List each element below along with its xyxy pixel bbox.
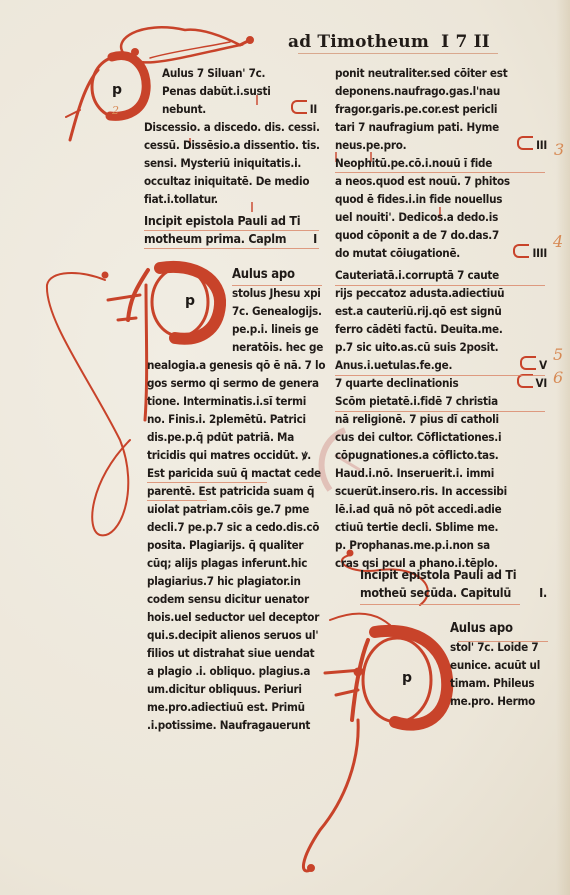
- text-line: ferro cādēti factū. Deuita.me.: [335, 320, 547, 338]
- ruling-line: [147, 500, 207, 501]
- chapter-number: IIII: [513, 244, 547, 262]
- text-line: Aulus apo: [450, 620, 550, 638]
- right-column-block1: ponit neutraliter.sed cōiter est deponen…: [335, 64, 547, 262]
- margin-note: 2: [112, 104, 119, 117]
- text-line: 7 quarte declinationis VI: [335, 374, 547, 392]
- text-line: fragor.garis.pe.cor.est pericli: [335, 100, 547, 118]
- incipit-line: motheū secūda. Capitulū I.: [360, 584, 547, 602]
- chapter-number: I: [313, 230, 317, 248]
- text-line: ponit neutraliter.sed cōiter est: [335, 64, 547, 82]
- text-line: sensi. Mysteriū iniquitatis.i.: [144, 154, 317, 172]
- text-line: parentē. Est patricida suam q̄: [147, 482, 319, 500]
- text-line: eunice. acuūt ul: [450, 656, 550, 674]
- text-line: Scōm pietatē.i.fidē 7 christia: [335, 392, 547, 410]
- rubric-mark-icon: [291, 100, 307, 114]
- ruling-line: [360, 604, 520, 605]
- text-line: quod cōponit a de 7 do.das.7: [335, 226, 547, 244]
- margin-note: 4: [553, 232, 563, 251]
- text-line: me.pro. Hermo: [450, 692, 550, 710]
- text-line: .i.potissime. Naufragauerunt: [147, 716, 319, 734]
- text-line: cessū. Dissēsio.a dissentio. tis.: [144, 136, 317, 154]
- rubric-mark-icon: [517, 136, 533, 150]
- margin-note: 5: [553, 345, 563, 364]
- text-line: rijs peccatoz adusta.adiectiuū: [335, 284, 547, 302]
- text-line: cūq; alijs plagas inferunt.hic: [147, 554, 319, 572]
- text-line: tricidis qui matres occidūt. ꝟ.: [147, 446, 319, 464]
- left-column-block2: nealogia.a genesis qō ē nā. 7 lo gos ser…: [147, 356, 319, 734]
- right-column-block3-beside-initial: Aulus apo stol' 7c. Loide 7 eunice. acuū…: [450, 620, 550, 710]
- ruling-line: [232, 285, 322, 286]
- text-line: a plagio .i. obliquo. plagius.a: [147, 662, 319, 680]
- text-line: dis.pe.p.q̄ pdūt patriā. Ma: [147, 428, 319, 446]
- text-line: plagiarius.7 hic plagiator.in: [147, 572, 319, 590]
- text-line: uel nouiti'. Dedicos.a dedo.is: [335, 208, 547, 226]
- margin-note: 6: [553, 368, 563, 387]
- text-line: neratōis. hec ge: [232, 338, 320, 356]
- text-line: 7c. Genealogijs.: [232, 302, 320, 320]
- text-line: Haud.i.nō. Inseruerit.i. immi: [335, 464, 547, 482]
- text-line: timam. Phileus: [450, 674, 550, 692]
- ruling-line: [458, 641, 548, 642]
- text-line: Neophitū.pe.cō.i.nouū ī fide: [335, 154, 547, 172]
- text-line: uiolat patriam.cōis ge.7 pme: [147, 500, 319, 518]
- incipit-line: Incipit epistola Pauli ad Ti: [360, 566, 547, 584]
- incipit-line: motheum prima. Caplm I: [144, 230, 317, 248]
- text-line: est.a cauteriū.rij.qō est signū: [335, 302, 547, 320]
- text-line: stolus Jhesu xpi: [232, 284, 320, 302]
- text-line: codem sensu dicitur uenator: [147, 590, 319, 608]
- text-line: scuerūt.insero.ris. In accessibi: [335, 482, 547, 500]
- text-line: Discessio. a discedo. dis. cessi.: [144, 118, 317, 136]
- text-line: Est paricida suū q̄ mactat cede: [147, 464, 319, 482]
- text-line: nealogia.a genesis qō ē nā. 7 lo: [147, 356, 319, 374]
- ruling-line: [335, 172, 545, 173]
- text-line: neus.pe.pro. III: [335, 136, 547, 154]
- text-line: cus dei cultor. Cōflictationes.i: [335, 428, 547, 446]
- ruling-line: [144, 248, 319, 249]
- text-line: Cauteriatā.i.corruptā 7 caute: [335, 266, 547, 284]
- left-column-block1: Discessio. a discedo. dis. cessi. cessū.…: [144, 118, 317, 208]
- text-line: occultaz iniquitatē. De medio: [144, 172, 317, 190]
- text-line: cōpugnationes.a cōflicto.tas.: [335, 446, 547, 464]
- text-line: Anus.i.uetulas.fe.ge. V: [335, 356, 547, 374]
- text-line: quod ē fides.i.in fide nouellus: [335, 190, 547, 208]
- chapter-number: V: [520, 356, 547, 374]
- text-line: qui.s.decipit alienos seruos ul': [147, 626, 319, 644]
- text-line: hois.uel seductor uel deceptor: [147, 608, 319, 626]
- text-line: me.pro.adiectiuū est. Primū: [147, 698, 319, 716]
- guide-letter-top: p: [112, 82, 122, 98]
- text-line: do mutat cōiugationē. IIII: [335, 244, 547, 262]
- text-line: tione. Interminatis.i.sī termi: [147, 392, 319, 410]
- text-line: ctiuū tertie decli. Sblime me.: [335, 518, 547, 536]
- incipit-epistola-secunda: Incipit epistola Pauli ad Ti motheū secū…: [360, 566, 547, 602]
- chapter-number: II: [291, 100, 317, 118]
- chapter-number: III: [517, 136, 547, 154]
- ruling-line: [335, 285, 545, 286]
- ruling-line: [144, 230, 319, 231]
- rubric-mark-icon: [517, 374, 533, 388]
- ruling-line: [335, 375, 545, 376]
- text-line: p.7 sic uito.as.cū suis 2posit.: [335, 338, 547, 356]
- guide-letter-bottom: p: [402, 670, 412, 686]
- text-line: decli.7 pe.p.7 sic a cedo.dis.cō: [147, 518, 319, 536]
- text-line: Aulus apo: [232, 266, 320, 284]
- text-line: nā religionē. 7 pius dī catholi: [335, 410, 547, 428]
- chapter-number: VI: [517, 374, 547, 392]
- text-line: p. Prophanas.me.p.i.non sa: [335, 536, 547, 554]
- text-line: fiat.i.tollatur.: [144, 190, 317, 208]
- rubric-mark-icon: [520, 356, 536, 370]
- text-line: no. Finis.i. 2plemētū. Patrici: [147, 410, 319, 428]
- right-column-block2: Cauteriatā.i.corruptā 7 caute rijs pecca…: [335, 266, 547, 572]
- text-line: nebunt. II: [162, 100, 317, 118]
- text-line: Penas dabūt.i.susti: [162, 82, 317, 100]
- incipit-line: Incipit epistola Pauli ad Ti: [144, 212, 317, 230]
- text-line: filios ut distrahat siue uendat: [147, 644, 319, 662]
- margin-note: 3: [554, 140, 564, 159]
- ruling-line: [147, 482, 267, 483]
- book-page: ad Timotheum I 7 II: [0, 0, 570, 895]
- text-line: Aulus 7 Siluan' 7c.: [162, 64, 317, 82]
- left-column-block1-indented: Aulus 7 Siluan' 7c. Penas dabūt.i.susti …: [162, 64, 317, 118]
- text-line: gos sermo qi sermo de genera: [147, 374, 319, 392]
- ruling-line: [335, 411, 545, 412]
- text-line: pe.p.i. lineis ge: [232, 320, 320, 338]
- text-line: deponens.naufrago.gas.l'nau: [335, 82, 547, 100]
- rubric-mark-icon: [513, 244, 529, 258]
- text-line: lē.i.ad quā nō pōt accedi.adie: [335, 500, 547, 518]
- text-line: a neos.quod est nouū. 7 phitos: [335, 172, 547, 190]
- left-column-block2-beside-initial: Aulus apo stolus Jhesu xpi 7c. Genealogi…: [232, 266, 320, 356]
- text-line: um.dicitur obliquus. Periuri: [147, 680, 319, 698]
- text-line: posita. Plagiarijs. q̄ qualiter: [147, 536, 319, 554]
- guide-letter-middle: p: [185, 293, 195, 309]
- text-line: tari 7 naufragium pati. Hyme: [335, 118, 547, 136]
- chapter-number: I.: [539, 584, 547, 602]
